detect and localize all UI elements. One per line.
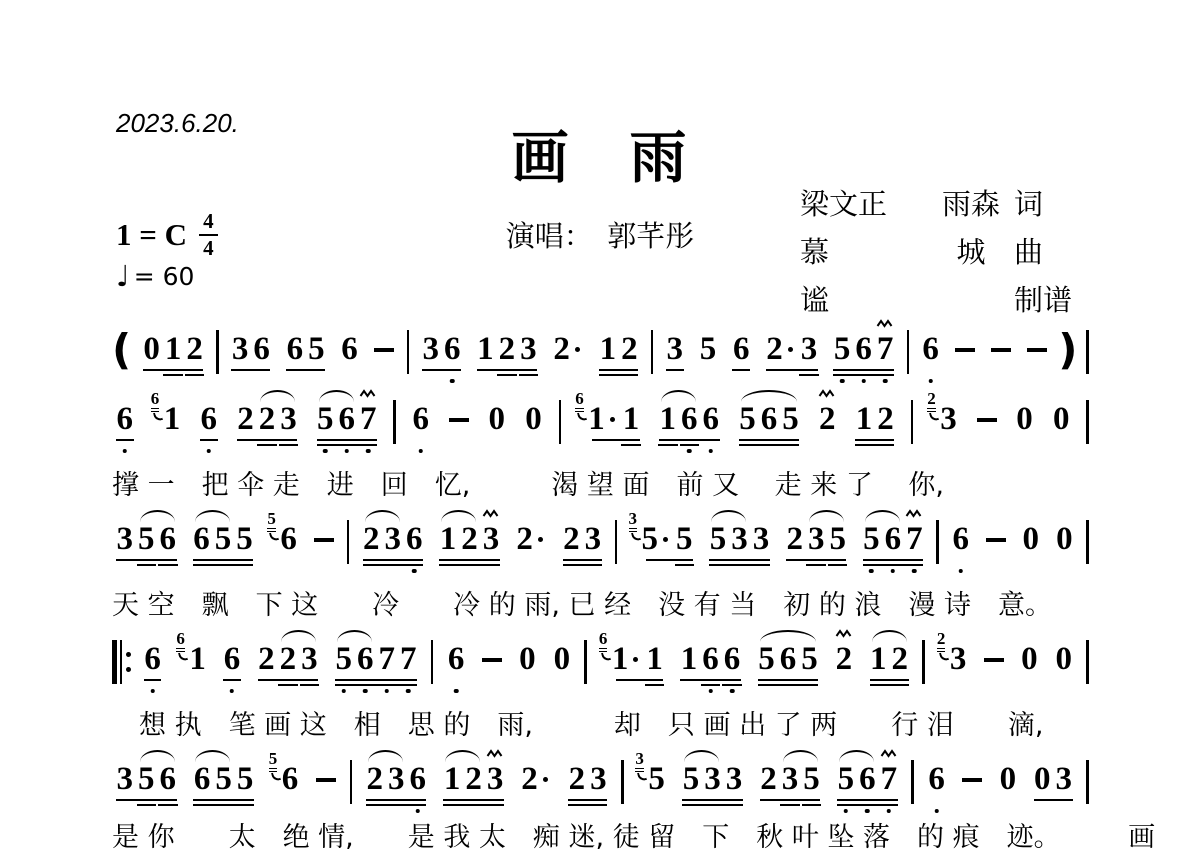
barline xyxy=(922,640,925,684)
note-group: 223 xyxy=(256,643,321,676)
note: 6 xyxy=(191,763,213,796)
note: 1 xyxy=(657,403,679,436)
note-digit: 2 xyxy=(186,333,203,366)
note: 5 xyxy=(697,333,719,366)
note: 6 xyxy=(251,333,273,366)
barline xyxy=(1086,400,1089,444)
octave-dot xyxy=(687,449,692,454)
note-digit: 2 xyxy=(553,333,570,366)
slur-group: 65 xyxy=(191,523,234,556)
augmentation-dot xyxy=(610,417,615,422)
slur-group: 23 xyxy=(361,523,404,556)
note: 1 xyxy=(586,403,621,436)
slur-group: 56 xyxy=(861,523,904,556)
note-digit: 6 xyxy=(953,523,970,556)
note: 3 xyxy=(729,523,751,556)
note: 2 xyxy=(459,523,481,556)
note: 5 xyxy=(213,763,235,796)
octave-dot xyxy=(928,379,933,384)
note-group: 5677 xyxy=(333,643,419,676)
note: 5 xyxy=(639,523,674,556)
note-group: 6 xyxy=(339,333,361,366)
note-group: 12 xyxy=(597,333,640,366)
note: 3 xyxy=(798,333,820,366)
note: 6 xyxy=(221,643,243,676)
note: 6 xyxy=(441,333,463,366)
note-digit: 7 xyxy=(906,523,923,556)
octave-dot xyxy=(323,449,328,454)
slur-group: 35 xyxy=(805,523,848,556)
note-digit: 6 xyxy=(224,643,241,676)
mordent-icon xyxy=(835,629,852,638)
note-digit: 5 xyxy=(683,763,700,796)
octave-dot xyxy=(150,689,155,694)
transcriber-name-2 xyxy=(928,278,1014,319)
note: 5 xyxy=(799,643,821,676)
octave-dot xyxy=(385,689,390,694)
note: 2 xyxy=(551,333,586,366)
note: 5 xyxy=(234,763,256,796)
note-group: 0 xyxy=(1014,403,1036,436)
slur-group: 23 xyxy=(256,403,299,436)
note: 5 xyxy=(835,763,857,796)
note-digit: 2 xyxy=(259,403,276,436)
note-digit: 2 xyxy=(621,333,638,366)
note-group: 61 xyxy=(176,643,208,676)
note-group: 0 xyxy=(1054,523,1076,556)
note: 3 xyxy=(723,763,745,796)
note: 0 xyxy=(1019,643,1041,676)
augmentation-dot xyxy=(633,657,638,662)
note-group: 23 xyxy=(937,643,969,676)
note-digit: 0 xyxy=(1056,643,1073,676)
note: 6 xyxy=(114,403,136,436)
grace-note: 2 xyxy=(937,630,946,652)
grace-digit: 5 xyxy=(267,510,276,532)
note-digit: 5 xyxy=(138,763,155,796)
note-group: 6 xyxy=(198,403,220,436)
note: 6 xyxy=(700,403,722,436)
note: 6 xyxy=(410,403,432,436)
note-digit: 1 xyxy=(612,643,629,676)
note-digit: 5 xyxy=(138,523,155,556)
note: 6 xyxy=(279,763,301,796)
lyrics-line-4: 是 你 太 绝 情, 是 我 太 痴 迷, 徒 留 下 秋 叶 坠 落 的 痕 … xyxy=(112,815,1122,850)
note: 1 xyxy=(437,523,459,556)
barline xyxy=(407,330,410,374)
note: 5 xyxy=(674,523,696,556)
note: 5 xyxy=(737,403,759,436)
note-group: 23 xyxy=(764,333,820,366)
note-digit: 6 xyxy=(413,403,430,436)
note-digit: 5 xyxy=(676,523,693,556)
note-digit: 1 xyxy=(600,333,617,366)
note: 1 xyxy=(162,333,184,366)
note-digit: 5 xyxy=(834,333,851,366)
note-digit: 2 xyxy=(563,523,580,556)
note-digit: 1 xyxy=(856,403,873,436)
octave-dot xyxy=(708,689,713,694)
note-group: 0 xyxy=(997,763,1019,796)
note: 6 xyxy=(142,643,164,676)
composer-name: 慕 xyxy=(800,230,928,271)
note-group: 6 xyxy=(950,523,972,556)
note: 1 xyxy=(187,643,209,676)
note-group: 567 xyxy=(861,523,926,556)
note-digit: 2 xyxy=(877,403,894,436)
note-digit: 1 xyxy=(444,763,461,796)
dash xyxy=(955,348,975,352)
note-group: 12 xyxy=(853,403,896,436)
note-group: 356 xyxy=(114,763,179,796)
note: 6 xyxy=(920,333,942,366)
note-group: 35 xyxy=(635,763,667,796)
augmentation-dot xyxy=(538,537,543,542)
note-digit: 3 xyxy=(585,523,602,556)
music-line-5: 35665556236123223355332355676003 xyxy=(112,763,1090,804)
note-group: 2 xyxy=(551,333,586,366)
note: 2 xyxy=(514,523,549,556)
note-digit: 6 xyxy=(282,763,299,796)
octave-dot xyxy=(363,689,368,694)
note-digit: 3 xyxy=(726,763,743,796)
note-digit: 2 xyxy=(465,763,482,796)
note: 0 xyxy=(1051,403,1073,436)
note: 1 xyxy=(597,333,619,366)
note-digit: 6 xyxy=(406,523,423,556)
note: 3 xyxy=(420,333,442,366)
note-digit: 6 xyxy=(341,333,358,366)
barline xyxy=(936,520,939,564)
note: 6 xyxy=(404,523,426,556)
note-digit: 0 xyxy=(143,333,160,366)
note: 1 xyxy=(475,333,497,366)
note-digit: 0 xyxy=(519,643,536,676)
note-digit: 6 xyxy=(409,763,426,796)
note-digit: 2 xyxy=(499,333,516,366)
note: 3 xyxy=(299,643,321,676)
note-digit: 6 xyxy=(193,523,210,556)
mordent-icon xyxy=(819,389,836,398)
note-digit: 5 xyxy=(782,403,799,436)
note: 6 xyxy=(853,333,875,366)
note-group: 2 xyxy=(514,523,549,556)
note-digit: 1 xyxy=(164,403,181,436)
note: 2 xyxy=(184,333,206,366)
barline xyxy=(651,330,654,374)
note: 1 xyxy=(609,643,644,676)
dash xyxy=(986,538,1006,542)
note-group: 0 xyxy=(551,643,573,676)
note-group: 567 xyxy=(831,333,896,366)
dash xyxy=(482,658,502,662)
note-group: 0 xyxy=(1020,523,1042,556)
note-group: 236 xyxy=(364,763,429,796)
note-digit: 6 xyxy=(703,403,720,436)
note: 1 xyxy=(161,403,183,436)
note-digit: 6 xyxy=(922,333,939,366)
note-digit: 2 xyxy=(521,763,538,796)
close-paren: ) xyxy=(1058,329,1077,371)
dash xyxy=(984,658,1004,662)
note: 5 xyxy=(306,333,328,366)
grace-digit: 3 xyxy=(629,510,638,532)
mordent-icon xyxy=(487,749,504,758)
lyrics-line-2: 天 空 飘 下 这 冷 冷 的 雨, 已 经 没 有 当 初 的 浪 漫 诗 意… xyxy=(112,583,1122,622)
note: 5 xyxy=(136,763,158,796)
note-group: 223 xyxy=(235,403,300,436)
octave-dot xyxy=(406,689,411,694)
note: 3 xyxy=(114,523,136,556)
note: 0 xyxy=(486,403,508,436)
grace-note: 2 xyxy=(927,390,936,412)
slur-group: 56 xyxy=(835,763,878,796)
note-digit: 1 xyxy=(681,643,698,676)
barline xyxy=(347,520,350,564)
note-digit: 3 xyxy=(808,523,825,556)
note: 0 xyxy=(1053,643,1075,676)
note-digit: 2 xyxy=(516,523,533,556)
augmentation-dot xyxy=(543,777,548,782)
note-digit: 2 xyxy=(836,643,853,676)
note: 1 xyxy=(644,643,666,676)
note: 3 xyxy=(484,763,506,796)
note-digit: 3 xyxy=(667,333,684,366)
note-digit: 2 xyxy=(280,643,297,676)
note-group: 235 xyxy=(784,523,849,556)
slur-group: 23 xyxy=(277,643,320,676)
note: 6 xyxy=(730,333,752,366)
note-digit: 6 xyxy=(859,763,876,796)
octave-dot xyxy=(450,379,455,384)
octave-dot xyxy=(887,809,892,814)
transcriber-name: 谧 xyxy=(800,278,928,319)
note: 0 xyxy=(523,403,545,436)
sheet-music-page: 2023.6.20. 画 雨 1 = C 4 4 ♩ = 60 演唱： 郭芊彤 … xyxy=(0,0,1200,850)
note-group: 655 xyxy=(191,763,256,796)
composer-name-2: 城 xyxy=(928,230,1014,271)
note: 3 xyxy=(947,643,969,676)
note: 3 xyxy=(1053,763,1075,796)
note-group: 6 xyxy=(920,333,942,366)
quarter-note-icon: ♩ xyxy=(116,262,130,291)
note-digit: 2 xyxy=(760,763,777,796)
octave-dot xyxy=(891,569,896,574)
note: 3 xyxy=(114,763,136,796)
note-digit: 3 xyxy=(753,523,770,556)
note: 5 xyxy=(827,523,849,556)
note-digit: 5 xyxy=(642,523,659,556)
note-group: 56 xyxy=(269,763,301,796)
note-digit: 3 xyxy=(385,523,402,556)
note: 5 xyxy=(801,763,823,796)
note: 5 xyxy=(212,523,234,556)
octave-dot xyxy=(883,379,888,384)
grace-note: 3 xyxy=(629,510,638,532)
note-digit: 6 xyxy=(160,763,177,796)
octave-dot xyxy=(912,569,917,574)
note-group: 5 xyxy=(697,333,719,366)
note-digit: 1 xyxy=(646,643,663,676)
note-digit: 6 xyxy=(117,403,134,436)
barline xyxy=(350,760,353,804)
note-group: 36 xyxy=(420,333,463,366)
note: 2 xyxy=(519,763,554,796)
note: 3 xyxy=(582,523,604,556)
note-group: 56 xyxy=(267,523,299,556)
note: 1 xyxy=(868,643,890,676)
note: 6 xyxy=(198,403,220,436)
note-group: 565 xyxy=(756,643,821,676)
note-digit: 3 xyxy=(487,763,504,796)
note-digit: 6 xyxy=(287,333,304,366)
note-digit: 2 xyxy=(569,763,586,796)
tempo-value: = 60 xyxy=(134,262,195,291)
note: 0 xyxy=(997,763,1019,796)
lyricist-name: 梁文正 xyxy=(800,182,928,223)
note: 6 xyxy=(882,523,904,556)
note-group: 236 xyxy=(361,523,426,556)
note: 6 xyxy=(857,763,879,796)
note-digit: 5 xyxy=(710,523,727,556)
note-digit: 3 xyxy=(940,403,957,436)
octave-dot xyxy=(123,449,128,454)
octave-dot xyxy=(934,809,939,814)
note: 6 xyxy=(721,643,743,676)
note-digit: 3 xyxy=(117,763,134,796)
note-group: 533 xyxy=(680,763,745,796)
dash xyxy=(374,348,394,352)
music-line-1: (0123665636123212356235676) xyxy=(112,333,1090,374)
slur-group: 16 xyxy=(657,403,700,436)
note-digit: 3 xyxy=(388,763,405,796)
note: 2 xyxy=(817,403,839,436)
lyricist-role: 词 xyxy=(1014,182,1092,223)
note-digit: 1 xyxy=(623,403,640,436)
note: 5 xyxy=(861,523,883,556)
note-group: 6 xyxy=(410,403,432,436)
note: 2 xyxy=(256,403,278,436)
note-group: 03 xyxy=(1032,763,1075,796)
note-digit: 3 xyxy=(704,763,721,796)
note: 3 xyxy=(779,763,801,796)
note-group: 123 xyxy=(437,523,502,556)
credits-block: 梁文正 雨森 词 慕 城 曲 谧 制谱 xyxy=(800,182,1092,319)
note-digit: 3 xyxy=(1056,763,1073,796)
note-group: 2 xyxy=(519,763,554,796)
note: 2 xyxy=(256,643,278,676)
note: 7 xyxy=(874,333,896,366)
note-digit: 0 xyxy=(1034,763,1051,796)
note: 0 xyxy=(1032,763,1054,796)
note-digit: 6 xyxy=(724,643,741,676)
note: 6 xyxy=(355,643,377,676)
note-digit: 6 xyxy=(780,643,797,676)
note-digit: 3 xyxy=(801,333,818,366)
grace-digit: 6 xyxy=(575,390,584,412)
octave-dot xyxy=(230,689,235,694)
note-group: 567 xyxy=(835,763,900,796)
note-digit: 3 xyxy=(520,333,537,366)
note-group: 6 xyxy=(142,643,164,676)
note-group: 166 xyxy=(657,403,722,436)
note: 6 xyxy=(278,523,300,556)
note-digit: 2 xyxy=(258,643,275,676)
note-digit: 3 xyxy=(232,333,249,366)
note: 6 xyxy=(157,523,179,556)
note-group: 355 xyxy=(629,523,696,556)
mordent-icon xyxy=(877,319,894,328)
note-digit: 5 xyxy=(758,643,775,676)
grace-digit: 2 xyxy=(927,390,936,412)
note-digit: 5 xyxy=(801,643,818,676)
note: 2 xyxy=(833,643,855,676)
note: 3 xyxy=(805,523,827,556)
note-digit: 3 xyxy=(782,763,799,796)
note-digit: 2 xyxy=(766,333,783,366)
grace-note: 6 xyxy=(599,630,608,652)
note-digit: 5 xyxy=(237,763,254,796)
note-digit: 3 xyxy=(731,523,748,556)
note-digit: 1 xyxy=(165,333,182,366)
note-digit: 1 xyxy=(477,333,494,366)
mordent-icon xyxy=(880,749,897,758)
note-digit: 6 xyxy=(144,643,161,676)
note-group: 123 xyxy=(441,763,506,796)
note: 6 xyxy=(445,643,467,676)
note: 0 xyxy=(1020,523,1042,556)
octave-dot xyxy=(959,569,964,574)
note: 0 xyxy=(141,333,163,366)
note-digit: 1 xyxy=(588,403,605,436)
slur-group: 56 xyxy=(136,763,179,796)
barline xyxy=(911,760,914,804)
barline xyxy=(615,520,618,564)
note: 2 xyxy=(561,523,583,556)
dash xyxy=(316,778,336,782)
barline xyxy=(1086,640,1089,684)
note: 2 xyxy=(277,643,299,676)
note: 3 xyxy=(938,403,960,436)
note-group: 655 xyxy=(191,523,256,556)
note: 3 xyxy=(385,763,407,796)
note-digit: 7 xyxy=(360,403,377,436)
note-group: 0 xyxy=(1051,403,1073,436)
note: 3 xyxy=(664,333,686,366)
octave-dot xyxy=(342,689,347,694)
note: 2 xyxy=(235,403,257,436)
dash xyxy=(1027,348,1047,352)
note-digit: 3 xyxy=(280,403,297,436)
lyrics-line-1: 撑 一 把 伞 走 进 回 忆, 渴 望 面 前 又 走 来 了 你, xyxy=(112,463,1122,502)
note-digit: 5 xyxy=(829,523,846,556)
note: 6 xyxy=(679,403,701,436)
barline xyxy=(1086,520,1089,564)
note: 6 xyxy=(700,643,722,676)
note-group: 565 xyxy=(737,403,802,436)
note-digit: 5 xyxy=(863,523,880,556)
grace-digit: 2 xyxy=(937,630,946,652)
note: 2 xyxy=(875,403,897,436)
grace-digit: 6 xyxy=(176,630,185,652)
mordent-icon xyxy=(906,509,923,518)
note-digit: 2 xyxy=(819,403,836,436)
note-group: 6 xyxy=(221,643,243,676)
grace-note: 6 xyxy=(176,630,185,652)
note-digit: 5 xyxy=(700,333,717,366)
note: 2 xyxy=(361,523,383,556)
note-digit: 1 xyxy=(440,523,457,556)
